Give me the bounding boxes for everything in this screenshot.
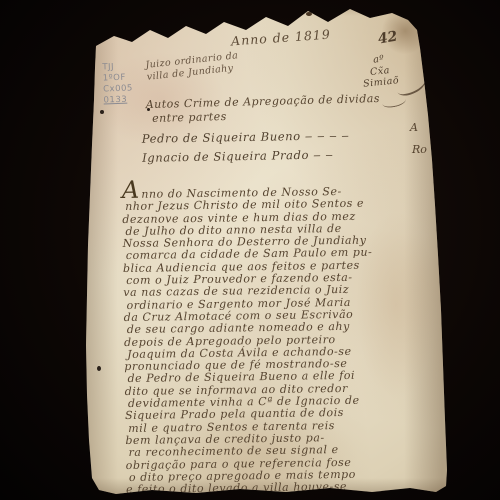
margin-mark-a: A	[410, 121, 418, 134]
year-heading: Anno de 1819	[231, 27, 332, 49]
torn-edge-spot	[306, 12, 312, 16]
photo-background: Anno de 1819 TJJ1ºOFCx0050133 Juizo ordi…	[0, 0, 500, 500]
clerk-rubric: aºCx̃aSimiaõ	[360, 52, 399, 90]
court-caption: Juizo ordinario davilla de Jundiahy	[145, 50, 240, 84]
manuscript-page: Anno de 1819 TJJ1ºOFCx0050133 Juizo ordi…	[0, 0, 500, 500]
manuscript-body-text: Anno do Nascimento de Nosso Se-nhor Jezu…	[122, 181, 414, 496]
ink-speck	[97, 366, 101, 371]
party-name-line: Ignacio de Siqueira Prado ‒ ‒	[142, 145, 350, 168]
body-text-line: e feito o dito levado a villa houve-se	[126, 480, 414, 496]
case-parties: Pedro de Siqueira Bueno ‒ ‒ ‒ ‒Ignacio d…	[142, 126, 350, 168]
ink-speck	[100, 110, 104, 114]
archival-reference-line: 0133	[103, 94, 133, 106]
archival-reference-pencil: TJJ1ºOFCx0050133	[102, 61, 133, 106]
torn-edge-spot	[166, 22, 171, 25]
pen-flourish	[381, 94, 407, 110]
rubric-line: Simiaõ	[363, 75, 400, 90]
corner-number: 42	[377, 28, 399, 47]
margin-mark-ro: Ro	[412, 143, 427, 156]
archival-reference-line: Cx005	[103, 83, 133, 95]
